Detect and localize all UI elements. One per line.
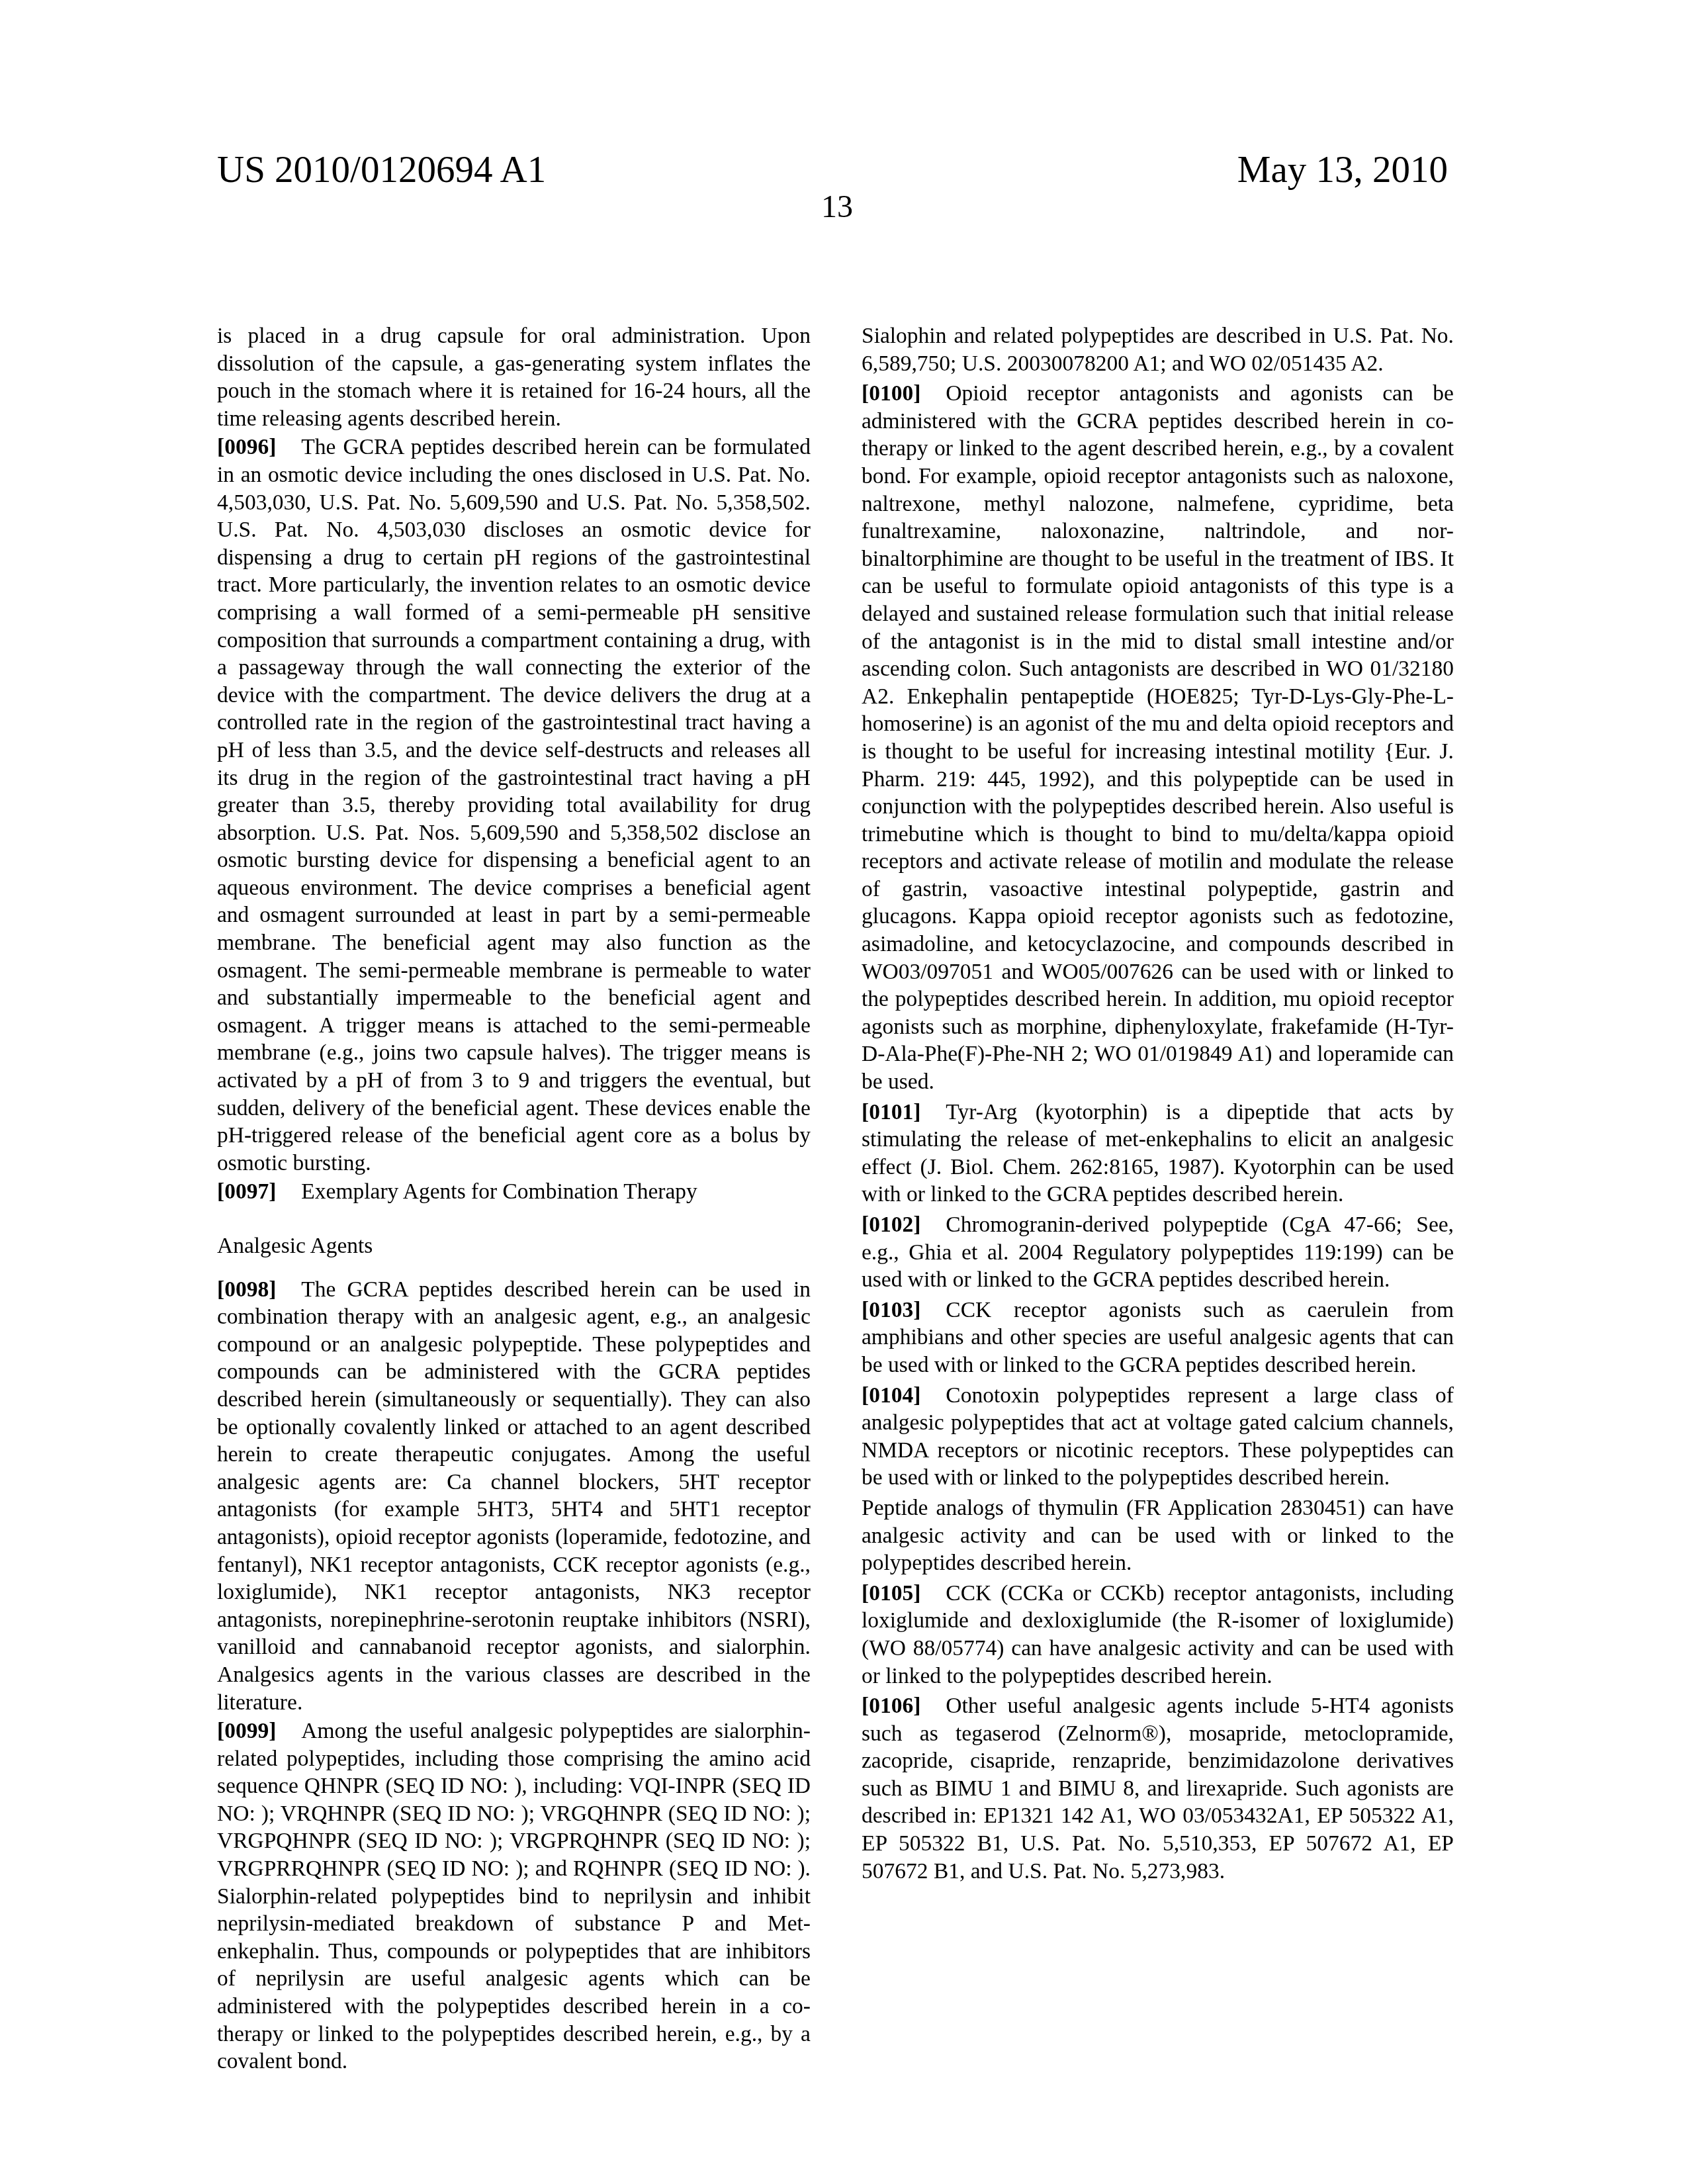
paragraph-text: Conotoxin polypeptides represent a large… [862,1383,1454,1490]
paragraph-0100: [0100]Opioid receptor antagonists and ag… [862,380,1454,1095]
paragraph-number: [0106] [862,1692,920,1720]
paragraph-0104: [0104]Conotoxin polypeptides represent a… [862,1382,1454,1492]
paragraph-number: [0105] [862,1580,920,1608]
paragraph-text: CCK receptor agonists such as caerulein … [862,1298,1454,1377]
paragraph-0105: [0105]CCK (CCKa or CCKb) receptor antago… [862,1580,1454,1690]
paragraph-text: Other useful analgesic agents include 5-… [862,1694,1454,1884]
paragraph-number: [0103] [862,1297,920,1324]
paragraph-continuation: is placed in a drug capsule for oral adm… [217,322,811,432]
paragraph-text: Among the useful analgesic polypeptides … [217,1719,811,2073]
right-column: Sialophin and related polypeptides are d… [862,322,1454,1888]
paragraph-continuation: Sialophin and related polypeptides are d… [862,322,1454,377]
paragraph-number: [0098] [217,1276,276,1304]
paragraph-number: [0100] [862,380,920,408]
paragraph-number: [0097] [217,1178,276,1206]
paragraph-0099: [0099]Among the useful analgesic polypep… [217,1717,811,2075]
paragraph-thymulin: Peptide analogs of thymulin (FR Applicat… [862,1494,1454,1577]
publication-date: May 13, 2010 [1237,151,1448,189]
paragraph-0102: [0102]Chromogranin-derived polypeptide (… [862,1211,1454,1294]
section-heading: Exemplary Agents for Combination Therapy [301,1179,697,1204]
paragraph-0096: [0096]The GCRA peptides described herein… [217,433,811,1177]
paragraph-text: The GCRA peptides described herein can b… [217,435,811,1175]
paragraph-0106: [0106]Other useful analgesic agents incl… [862,1692,1454,1885]
paragraph-number: [0101] [862,1099,920,1126]
paragraph-text: Chromogranin-derived polypeptide (CgA 47… [862,1212,1454,1292]
paragraph-number: [0102] [862,1211,920,1239]
paragraph-0098: [0098]The GCRA peptides described herein… [217,1276,811,1717]
paragraph-text: Tyr-Arg (kyotorphin) is a dipeptide that… [862,1100,1454,1207]
paragraph-text: Opioid receptor antagonists and agonists… [862,381,1454,1094]
paragraph-number: [0099] [217,1717,276,1745]
paragraph-number: [0096] [217,433,276,461]
paragraph-0097: [0097]Exemplary Agents for Combination T… [217,1178,811,1206]
paragraph-0103: [0103]CCK receptor agonists such as caer… [862,1297,1454,1379]
left-column: is placed in a drug capsule for oral adm… [217,322,811,2077]
paragraph-0101: [0101]Tyr-Arg (kyotorphin) is a dipeptid… [862,1099,1454,1208]
paragraph-text: CCK (CCKa or CCKb) receptor antagonists,… [862,1581,1454,1688]
paragraph-number: [0104] [862,1382,920,1410]
publication-number: US 2010/0120694 A1 [217,151,546,189]
subheading-analgesic-agents: Analgesic Agents [217,1232,811,1260]
page-number: 13 [821,191,853,223]
paragraph-text: The GCRA peptides described herein can b… [217,1277,811,1715]
